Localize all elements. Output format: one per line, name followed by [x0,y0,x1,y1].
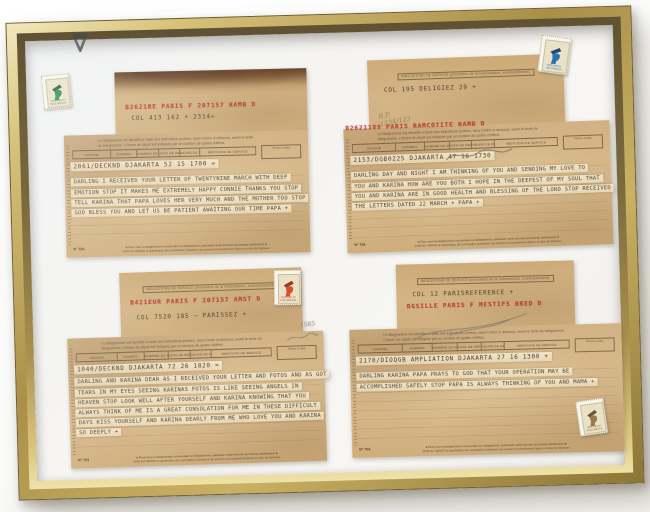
telegram-body: B2621189 PARIS RAMCOTITE HAMB D Le télég… [343,120,613,253]
pencil-scribble [409,311,530,344]
form-column: Numéro [117,353,145,361]
postage-stamp-brown: REPUBLIK INDONESIA [575,398,608,437]
origin-line: 2170/DIOQGB AMPLIATION DJAKARTA 27 16 13… [356,352,552,366]
indications-header: INDICATIONS DE SERVICE (précédées de la … [381,59,550,83]
stamp-country-label: REPUBLIK INDONESIA [279,296,299,302]
timbre-a-date-box: Timbre à date [563,134,603,149]
message-line: THE LETTERS DATED 22 MARCH + PAPA + [352,198,483,211]
form-column: Nombre de mots [145,352,169,360]
timbre-a-date-box: Timbre à date [575,337,615,352]
form-column: Origine [72,151,111,159]
form-column: Heure de dépôt [482,342,506,350]
form-column: Mentions de service [212,349,272,358]
form-column: Mentions de service [200,148,256,156]
postage-stamp-red: REPUBLIK INDONESIA [274,270,301,305]
form-column: Heure de dépôt [190,350,212,358]
telegram-top-left: B2621RE PARIS F 207157 HAMB D COL 413 16… [62,68,310,257]
routing-line: COL 413 162 + 2314= [131,111,307,122]
d-ring-hanger-icon [69,30,92,62]
telegram-body: 1585 Le télégramme est identifié à l'aid… [67,331,327,469]
telegram-message: DARLING I RECEIVED YOUR LETTER OF TWENTY… [71,174,304,218]
form-column: Heure de dépôt [180,149,201,156]
form-footer: N° 704 ● Pour tout renseignement concern… [73,243,303,255]
form-column: Nombre de mots [137,150,159,158]
telegram-body: Le télégramme est identifié à l'aide des… [64,130,311,258]
form-column: Origine [76,353,118,361]
timbre-a-date-box: Timbre à date [277,345,317,360]
form-number: N° 704 [354,243,365,247]
form-column: Date de dépôt [169,351,191,359]
postage-stamp-blue: REPUBLIK INDONESIA [537,35,572,76]
timbre-a-date-box: Timbre à date [261,144,301,159]
mat-board: B2621RE PARIS F 207157 HAMB D COL 413 16… [25,25,625,481]
telegram-header-tab: B2621RE PARIS F 207157 HAMB D COL 413 16… [114,68,307,134]
origin-line: 2061/DECKND DJAKARTA 52 15 1700 = [70,159,218,171]
form-column: Numéro [111,150,137,158]
telegram-message: DARLING DAY AND NIGHT I AM THINKING OF Y… [351,164,606,211]
pencil-handwriting: 1585 [299,320,315,329]
postage-stamp-green: REPUBLIK INDONESIA [41,73,72,110]
form-footer: N° 704 ● Pour tout renseignement concern… [78,451,320,466]
transmission-stamp: DGSILLE PARIS F MESTIFS BRED D [407,299,575,310]
margin-print [66,146,71,246]
telegram-top-right: INDICATIONS DE SERVICE (précédées de la … [341,52,614,253]
form-number: N° 704 [78,458,89,462]
form-column: Origine [358,345,403,353]
routing-line: COL 12 PARISREFERENCE + [412,287,574,298]
routing-line: COL 7520 185 — PARISSEZ + [136,309,302,321]
form-number: N° 704 [359,448,370,452]
pencil-scribble [444,145,515,163]
telegram-body: Le télégramme est identifié à l'aide des… [349,323,624,458]
form-number: N° 704 [73,247,84,251]
form-column: Mentions de service [505,341,570,350]
form-footer: N° 704 ● Pour tout renseignement concern… [359,442,617,455]
form-column: Numéro [403,344,433,352]
form-column: Nombre de mots [432,344,458,352]
message-line: SO DEEPLY + [76,428,121,437]
routing-line: COL 195 DELIGIEZ 29 + [384,81,564,94]
form-column: Date de dépôt [159,149,180,156]
frame-shadowbox-depth: B2621RE PARIS F 207157 HAMB D COL 413 16… [17,17,633,490]
form-column: Date de dépôt [458,343,482,351]
picture-frame: B2621RE PARIS F 207157 HAMB D COL 413 16… [5,5,644,500]
form-column: Origine [352,144,396,153]
telegram-header-tab: INDICATIONS DE SERVICE (précédées de la … [367,54,565,129]
form-header-row: Origine Numéro Nombre de mots Date de dé… [72,147,256,160]
indications-header: INDICATIONS DE SERVICE (précédées de la … [410,266,560,288]
form-footer: N° 704 ● Pour tout renseignement concern… [354,235,606,251]
form-column: Numéro [396,143,425,151]
paper-stain [114,68,306,96]
margin-print [352,340,357,446]
telegram-message: DARLING AND KARINA DEAR AS I RECEIVED YO… [74,371,320,438]
pencil-scribble [285,331,319,344]
transmission-stamp: B2621RE PARIS F 207157 HAMB D [125,100,307,111]
origin-line: 1040/DECKND DJAKARTA 72 26 1820 = [74,361,223,375]
telegram-message: DARLING KARINA PAPA PRAYS TO GOD THAT YO… [356,367,616,392]
stamp-country-label: REPUBLIK INDONESIA [48,98,69,106]
indications-header: INDICATIONS DE SERVICE (précédées de la … [133,273,287,296]
